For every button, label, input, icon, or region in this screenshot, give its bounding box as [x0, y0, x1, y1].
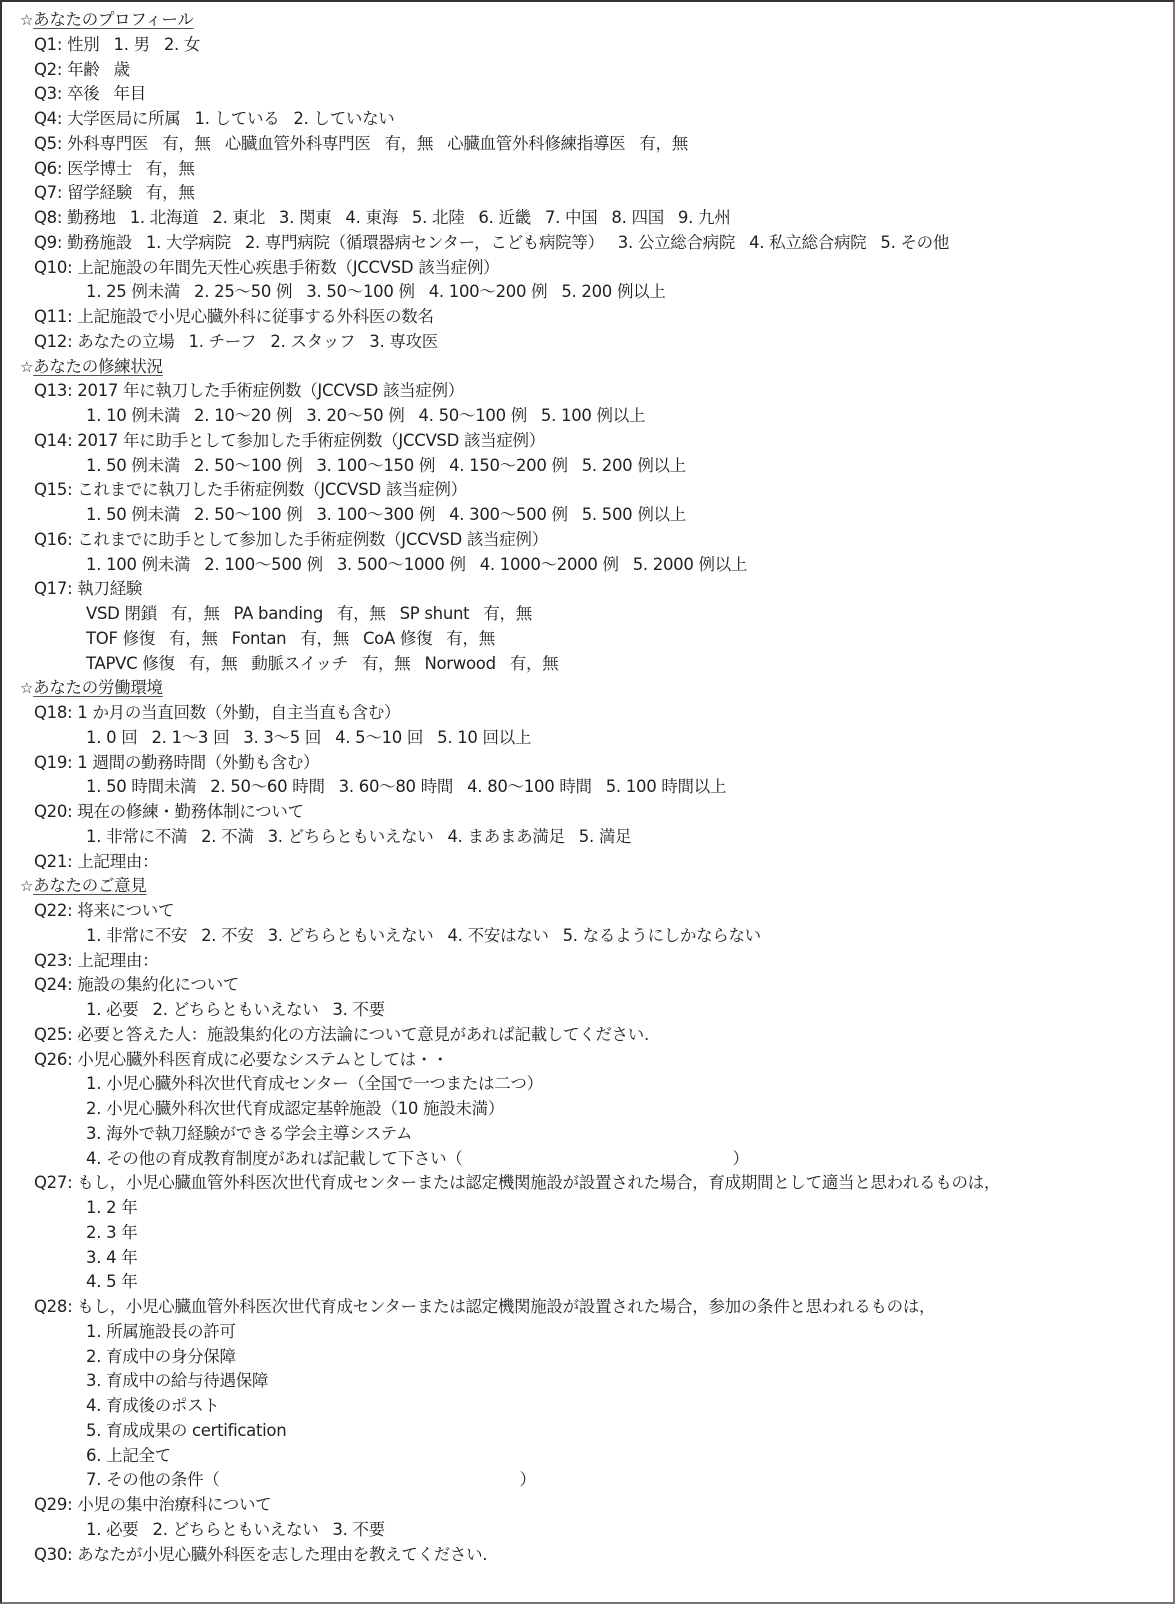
question-row: Q20: 現在の修練・勤務体制について	[20, 800, 1163, 825]
question-text: もし，小児心臓血管外科医次世代育成センターまたは認定機関施設が設置された場合，参…	[77, 1297, 935, 1316]
question-number: Q18:	[34, 703, 72, 722]
answer-choice[interactable]: 1. している	[195, 109, 280, 128]
answer-choice[interactable]: 有，無	[300, 629, 349, 648]
section-title: あなたの労働環境	[33, 678, 163, 697]
answer-choice[interactable]: 1. 所属施設長の許可	[86, 1322, 236, 1341]
section-heading: ☆あなたのご意見	[20, 874, 1163, 899]
answer-choice[interactable]: 1. 50 例未満	[86, 456, 180, 475]
answer-choice[interactable]: 3. 3〜5 回	[243, 728, 321, 747]
answer-choice[interactable]: 有，無	[510, 654, 559, 673]
question-text: 小児心臓外科医育成に必要なシステムとしては・・	[77, 1050, 448, 1069]
answer-choice[interactable]: 1. 10 例未満	[86, 406, 180, 425]
answer-choice[interactable]: 3. 不要	[332, 1520, 385, 1539]
answer-choice[interactable]: 3. 不要	[332, 1000, 385, 1019]
answer-choice[interactable]: 4. まあまあ満足	[447, 827, 564, 846]
question-number: Q19:	[34, 753, 72, 772]
question-row: Q28: もし，小児心臓血管外科医次世代育成センターまたは認定機関施設が設置され…	[20, 1295, 1163, 1320]
answer-choice[interactable]: 有，無	[362, 654, 411, 673]
star-icon: ☆	[20, 877, 33, 895]
answer-choice[interactable]: 3. 100〜300 例	[316, 505, 435, 524]
answer-choice[interactable]: 5. なるようにしかならない	[563, 926, 761, 945]
answer-choice[interactable]: 3. 育成中の給与待遇保障	[86, 1371, 268, 1390]
question-row: Q29: 小児の集中治療科について	[20, 1493, 1163, 1518]
question-number: Q8:	[34, 208, 62, 227]
answer-choice[interactable]: 2. 25〜50 例	[194, 282, 292, 301]
answer-choice[interactable]: 2. 専門病院（循環器病センター，こども病院等）	[245, 233, 604, 252]
question-number: Q20:	[34, 802, 72, 821]
answer-choice[interactable]: 歳	[114, 60, 130, 79]
answer-choice[interactable]: 4. 300〜500 例	[449, 505, 568, 524]
question-text: 勤務施設	[67, 233, 132, 252]
answer-choice[interactable]: 1. 2 年	[86, 1198, 137, 1217]
question-row: Q10: 上記施設の年間先天性心疾患手術数（JCCVSD 該当症例）	[20, 256, 1163, 281]
question-number: Q15:	[34, 480, 72, 499]
answer-choice[interactable]: 心臓血管外科専門医	[225, 134, 371, 153]
answer-choice[interactable]: 有，無	[483, 604, 532, 623]
answer-choice[interactable]: 2. していない	[293, 109, 394, 128]
answer-choice[interactable]: 4. 不安はない	[447, 926, 548, 945]
option-item: 2. 3 年	[20, 1221, 1163, 1246]
question-number: Q27:	[34, 1173, 72, 1192]
closing-paren: ）	[520, 1470, 536, 1489]
options-row: 1. 100 例未満2. 100〜500 例3. 500〜1000 例4. 10…	[20, 553, 1163, 578]
answer-choice[interactable]: 心臓血管外科修練指導医	[447, 134, 625, 153]
answer-choice[interactable]: 1. 必要	[86, 1520, 139, 1539]
answer-choice[interactable]: 2. 10〜20 例	[194, 406, 292, 425]
question-row: Q3: 卒後年目	[20, 82, 1163, 107]
answer-choice[interactable]: 1. チーフ	[189, 332, 257, 351]
question-number: Q9:	[34, 233, 62, 252]
option-item: 3. 4 年	[20, 1246, 1163, 1271]
question-text: 1 週間の勤務時間（外勤も含む）	[77, 753, 319, 772]
question-row: Q19: 1 週間の勤務時間（外勤も含む）	[20, 751, 1163, 776]
procedure-row: TOF 修復有，無Fontan有，無CoA 修復有，無	[20, 627, 1163, 652]
answer-choice[interactable]: 2. 50〜100 例	[194, 456, 302, 475]
answer-choice[interactable]: 3. どちらともいえない	[268, 926, 434, 945]
answer-choice[interactable]: 1. 50 例未満	[86, 505, 180, 524]
options-row: 1. 50 例未満2. 50〜100 例3. 100〜300 例4. 300〜5…	[20, 503, 1163, 528]
answer-choice[interactable]: 有，無	[385, 134, 434, 153]
options-row: 1. 50 例未満2. 50〜100 例3. 100〜150 例4. 150〜2…	[20, 454, 1163, 479]
answer-choice[interactable]: 4. 1000〜2000 例	[480, 555, 619, 574]
section-title: あなたのプロフィール	[33, 10, 193, 29]
answer-choice[interactable]: 年目	[114, 84, 146, 103]
option-item: 5. 育成成果の certification	[20, 1419, 1163, 1444]
question-text: もし，小児心臓血管外科医次世代育成センターまたは認定機関施設が設置された場合，育…	[77, 1173, 1000, 1192]
options-row: 1. 必要2. どちらともいえない3. 不要	[20, 1518, 1163, 1543]
question-row: Q18: 1 か月の当直回数（外勤，自主当直も含む）	[20, 701, 1163, 726]
answer-choice[interactable]: 2. 3 年	[86, 1223, 137, 1242]
section-heading: ☆あなたの修練状況	[20, 355, 1163, 380]
question-row: Q15: これまでに執刀した手術症例数（JCCVSD 該当症例）	[20, 478, 1163, 503]
option-item: 1. 小児心臓外科次世代育成センター（全国で一つまたは二つ）	[20, 1072, 1163, 1097]
answer-choice[interactable]: 4. 私立総合病院	[749, 233, 866, 252]
question-number: Q13:	[34, 381, 72, 400]
answer-choice[interactable]: 5. 500 例以上	[582, 505, 686, 524]
options-row: 1. 必要2. どちらともいえない3. 不要	[20, 998, 1163, 1023]
answer-choice[interactable]: 3. 100〜150 例	[316, 456, 435, 475]
question-text: これまでに執刀した手術症例数（JCCVSD 該当症例）	[77, 480, 467, 499]
section-heading: ☆あなたの労働環境	[20, 676, 1163, 701]
answer-choice[interactable]: 1. 0 回	[86, 728, 137, 747]
answer-choice[interactable]: 3. 専攻医	[369, 332, 438, 351]
question-row: Q7: 留学経験有，無	[20, 181, 1163, 206]
question-number: Q4:	[34, 109, 62, 128]
question-number: Q14:	[34, 431, 72, 450]
answer-choice[interactable]: 8. 四国	[611, 208, 664, 227]
answer-choice[interactable]: 1. 小児心臓外科次世代育成センター（全国で一つまたは二つ）	[86, 1074, 543, 1093]
option-item: 4. 5 年	[20, 1270, 1163, 1295]
answer-choice[interactable]: 5. 200 例以上	[582, 456, 686, 475]
procedure-label: PA banding	[234, 604, 323, 623]
question-number: Q10:	[34, 258, 72, 277]
question-row: Q9: 勤務施設1. 大学病院2. 専門病院（循環器病センター，こども病院等）3…	[20, 231, 1163, 256]
option-item: 4. 育成後のポスト	[20, 1394, 1163, 1419]
question-row: Q27: もし，小児心臓血管外科医次世代育成センターまたは認定機関施設が設置され…	[20, 1171, 1163, 1196]
answer-choice[interactable]: 1. 50 時間未満	[86, 777, 196, 796]
question-number: Q25:	[34, 1025, 72, 1044]
answer-choice[interactable]: 3. 20〜50 例	[306, 406, 404, 425]
question-number: Q3:	[34, 84, 62, 103]
answer-choice[interactable]: 2. 1〜3 回	[151, 728, 229, 747]
question-text: これまでに助手として参加した手術症例数（JCCVSD 該当症例）	[77, 530, 548, 549]
answer-choice[interactable]: 2. 不安	[201, 926, 254, 945]
question-text: あなたが小児心臓外科医を志した理由を教えてください.	[77, 1545, 487, 1564]
answer-choice[interactable]: 2. 東北	[212, 208, 265, 227]
question-row: Q12: あなたの立場1. チーフ2. スタッフ3. 専攻医	[20, 330, 1163, 355]
section-title: あなたの修練状況	[33, 357, 163, 376]
question-number: Q7:	[34, 183, 62, 202]
answer-choice[interactable]: 2. 50〜60 時間	[210, 777, 324, 796]
option-item: 1. 2 年	[20, 1196, 1163, 1221]
question-text: 上記理由：	[77, 852, 158, 871]
option-item: 1. 所属施設長の許可	[20, 1320, 1163, 1345]
answer-choice[interactable]: 5. その他	[880, 233, 949, 252]
question-row: Q4: 大学医局に所属1. している2. していない	[20, 107, 1163, 132]
question-row: Q23: 上記理由：	[20, 949, 1163, 974]
question-text: 執刀経験	[77, 579, 142, 598]
answer-choice[interactable]: 3. 4 年	[86, 1248, 137, 1267]
answer-choice[interactable]: 1. 100 例未満	[86, 555, 190, 574]
answer-choice[interactable]: 5. 満足	[579, 827, 632, 846]
answer-choice[interactable]: 5. 2000 例以上	[633, 555, 747, 574]
answer-choice[interactable]: 4. 東海	[345, 208, 398, 227]
option-item: 3. 育成中の給与待遇保障	[20, 1369, 1163, 1394]
star-icon: ☆	[20, 358, 33, 376]
answer-choice[interactable]: 1. 非常に不満	[86, 827, 187, 846]
option-item: 6. 上記全て	[20, 1444, 1163, 1469]
star-icon: ☆	[20, 11, 33, 29]
answer-choice[interactable]: 5. 200 例以上	[561, 282, 665, 301]
option-item: 7. その他の条件（）	[20, 1468, 1163, 1493]
question-row: Q6: 医学博士有，無	[20, 157, 1163, 182]
question-row: Q8: 勤務地1. 北海道2. 東北3. 関東4. 東海5. 北陸6. 近畿7.…	[20, 206, 1163, 231]
answer-choice[interactable]: 有，無	[169, 629, 218, 648]
procedure-row: VSD 閉鎖有，無PA banding有，無SP shunt有，無	[20, 602, 1163, 627]
answer-choice[interactable]: 5. 100 時間以上	[606, 777, 726, 796]
options-row: 1. 25 例未満2. 25〜50 例3. 50〜100 例4. 100〜200…	[20, 280, 1163, 305]
answer-choice[interactable]: 有，無	[639, 134, 688, 153]
question-text: 必要と答えた人：施設集約化の方法論について意見があれば記載してください.	[77, 1025, 649, 1044]
answer-choice[interactable]: 6. 近畿	[478, 208, 531, 227]
question-text: 卒後	[67, 84, 99, 103]
question-row: Q24: 施設の集約化について	[20, 973, 1163, 998]
question-number: Q1:	[34, 35, 62, 54]
answer-choice[interactable]: 有，無	[146, 159, 195, 178]
answer-choice[interactable]: 有，無	[189, 654, 238, 673]
question-row: Q2: 年齢歳	[20, 58, 1163, 83]
question-text: あなたの立場	[77, 332, 174, 351]
question-text: 現在の修練・勤務体制について	[77, 802, 303, 821]
answer-choice[interactable]: 4. 150〜200 例	[449, 456, 568, 475]
answer-choice[interactable]: 3. 50〜100 例	[306, 282, 414, 301]
answer-choice[interactable]: 2. 100〜500 例	[204, 555, 323, 574]
question-row: Q17: 執刀経験	[20, 577, 1163, 602]
answer-choice[interactable]: 有，無	[162, 134, 211, 153]
answer-choice[interactable]: 4. 100〜200 例	[429, 282, 548, 301]
question-number: Q6:	[34, 159, 62, 178]
procedure-label: VSD 閉鎖	[86, 604, 157, 623]
question-number: Q21:	[34, 852, 72, 871]
procedure-label: SP shunt	[400, 604, 470, 623]
answer-choice[interactable]: 有，無	[146, 183, 195, 202]
answer-choice[interactable]: 有，無	[446, 629, 495, 648]
answer-choice[interactable]: 有，無	[171, 604, 220, 623]
options-row: 1. 非常に不安2. 不安3. どちらともいえない4. 不安はない5. なるよう…	[20, 924, 1163, 949]
answer-choice[interactable]: 4. 5 年	[86, 1272, 137, 1291]
answer-choice[interactable]: 4. 5〜10 回	[335, 728, 423, 747]
option-item: 2. 小児心臓外科次世代育成認定基幹施設（10 施設未満）	[20, 1097, 1163, 1122]
answer-choice[interactable]: 5. 100 例以上	[541, 406, 645, 425]
answer-choice[interactable]: 有，無	[337, 604, 386, 623]
question-row: Q26: 小児心臓外科医育成に必要なシステムとしては・・	[20, 1048, 1163, 1073]
question-text: 上記施設の年間先天性心疾患手術数（JCCVSD 該当症例）	[77, 258, 499, 277]
question-row: Q22: 将来について	[20, 899, 1163, 924]
answer-choice[interactable]: 2. 育成中の身分保障	[86, 1347, 236, 1366]
question-text: 上記施設で小児心臓外科に従事する外科医の数名	[77, 307, 433, 326]
answer-choice[interactable]: 3. 60〜80 時間	[339, 777, 453, 796]
answer-choice[interactable]: 6. 上記全て	[86, 1446, 171, 1465]
question-number: Q5:	[34, 134, 62, 153]
question-text: 留学経験	[67, 183, 132, 202]
question-number: Q26:	[34, 1050, 72, 1069]
question-number: Q29:	[34, 1495, 72, 1514]
question-number: Q24:	[34, 975, 72, 994]
question-number: Q16:	[34, 530, 72, 549]
section-heading: ☆あなたのプロフィール	[20, 8, 1163, 33]
question-text: 医学博士	[67, 159, 132, 178]
question-row: Q21: 上記理由：	[20, 850, 1163, 875]
procedure-label: Fontan	[232, 629, 287, 648]
question-number: Q22:	[34, 901, 72, 920]
option-item: 2. 育成中の身分保障	[20, 1345, 1163, 1370]
option-item: 3. 海外で執刀経験ができる学会主導システム	[20, 1122, 1163, 1147]
question-text: 年齢	[67, 60, 99, 79]
answer-choice[interactable]: 4. 育成後のポスト	[86, 1396, 220, 1415]
question-number: Q11:	[34, 307, 72, 326]
answer-choice[interactable]: 2. 不満	[201, 827, 254, 846]
question-text: 勤務地	[67, 208, 116, 227]
question-text: 将来について	[77, 901, 174, 920]
answer-choice[interactable]: 1. 北海道	[130, 208, 199, 227]
question-number: Q17:	[34, 579, 72, 598]
procedure-label: TOF 修復	[86, 629, 155, 648]
procedure-label: CoA 修復	[363, 629, 432, 648]
options-row: 1. 10 例未満2. 10〜20 例3. 20〜50 例4. 50〜100 例…	[20, 404, 1163, 429]
question-text: 2017 年に執刀した手術症例数（JCCVSD 該当症例）	[77, 381, 464, 400]
answer-choice[interactable]: 4. その他の育成教育制度があれば記載して下さい（	[86, 1149, 463, 1168]
answer-choice[interactable]: 4. 50〜100 例	[419, 406, 527, 425]
procedure-row: TAPVC 修復有，無動脈スイッチ有，無Norwood有，無	[20, 652, 1163, 677]
question-text: 小児の集中治療科について	[77, 1495, 271, 1514]
question-text: 施設の集約化について	[77, 975, 239, 994]
question-row: Q30: あなたが小児心臓外科医を志した理由を教えてください.	[20, 1543, 1163, 1568]
question-text: 大学医局に所属	[67, 109, 180, 128]
question-row: Q1: 性別1. 男2. 女	[20, 33, 1163, 58]
answer-choice[interactable]: 1. 必要	[86, 1000, 139, 1019]
answer-choice[interactable]: 9. 九州	[678, 208, 731, 227]
answer-choice[interactable]: 3. 500〜1000 例	[337, 555, 466, 574]
questionnaire-frame: ☆あなたのプロフィールQ1: 性別1. 男2. 女Q2: 年齢歳Q3: 卒後年目…	[0, 0, 1175, 1604]
question-row: Q16: これまでに助手として参加した手術症例数（JCCVSD 該当症例）	[20, 528, 1163, 553]
question-row: Q13: 2017 年に執刀した手術症例数（JCCVSD 該当症例）	[20, 379, 1163, 404]
answer-choice[interactable]: 2. 女	[164, 35, 200, 54]
question-number: Q2:	[34, 60, 62, 79]
procedure-label: Norwood	[424, 654, 495, 673]
question-text: 2017 年に助手として参加した手術症例数（JCCVSD 該当症例）	[77, 431, 545, 450]
answer-choice[interactable]: 2. 小児心臓外科次世代育成認定基幹施設（10 施設未満）	[86, 1099, 504, 1118]
answer-choice[interactable]: 1. 25 例未満	[86, 282, 180, 301]
answer-choice[interactable]: 5. 育成成果の certification	[86, 1421, 286, 1440]
question-row: Q5: 外科専門医有，無心臓血管外科専門医有，無心臓血管外科修練指導医有，無	[20, 132, 1163, 157]
question-text: 外科専門医	[67, 134, 148, 153]
question-number: Q12:	[34, 332, 72, 351]
procedure-label: 動脈スイッチ	[251, 654, 348, 673]
question-row: Q14: 2017 年に助手として参加した手術症例数（JCCVSD 該当症例）	[20, 429, 1163, 454]
question-number: Q28:	[34, 1297, 72, 1316]
answer-choice[interactable]: 3. 関東	[279, 208, 332, 227]
question-number: Q23:	[34, 951, 72, 970]
section-title: あなたのご意見	[33, 876, 146, 895]
question-number: Q30:	[34, 1545, 72, 1564]
question-row: Q11: 上記施設で小児心臓外科に従事する外科医の数名	[20, 305, 1163, 330]
options-row: 1. 0 回2. 1〜3 回3. 3〜5 回4. 5〜10 回5. 10 回以上	[20, 726, 1163, 751]
star-icon: ☆	[20, 679, 33, 697]
option-item: 4. その他の育成教育制度があれば記載して下さい（）	[20, 1147, 1163, 1172]
answer-choice[interactable]: 5. 北陸	[412, 208, 465, 227]
answer-choice[interactable]: 4. 80〜100 時間	[467, 777, 592, 796]
answer-choice[interactable]: 7. 中国	[545, 208, 598, 227]
answer-choice[interactable]: 2. どちらともいえない	[153, 1000, 319, 1019]
question-text: 上記理由：	[77, 951, 158, 970]
answer-choice[interactable]: 2. 50〜100 例	[194, 505, 302, 524]
question-text: 1 か月の当直回数（外勤，自主当直も含む）	[77, 703, 400, 722]
answer-choice[interactable]: 3. 公立総合病院	[618, 233, 735, 252]
options-row: 1. 50 時間未満2. 50〜60 時間3. 60〜80 時間4. 80〜10…	[20, 775, 1163, 800]
answer-choice[interactable]: 1. 非常に不安	[86, 926, 187, 945]
answer-choice[interactable]: 2. スタッフ	[270, 332, 355, 351]
answer-choice[interactable]: 1. 大学病院	[146, 233, 231, 252]
answer-choice[interactable]: 1. 男	[114, 35, 150, 54]
questionnaire-document: ☆あなたのプロフィールQ1: 性別1. 男2. 女Q2: 年齢歳Q3: 卒後年目…	[20, 8, 1163, 1567]
question-text: 性別	[67, 35, 99, 54]
closing-paren: ）	[733, 1149, 749, 1168]
question-row: Q25: 必要と答えた人：施設集約化の方法論について意見があれば記載してください…	[20, 1023, 1163, 1048]
answer-choice[interactable]: 7. その他の条件（	[86, 1470, 220, 1489]
procedure-label: TAPVC 修復	[86, 654, 175, 673]
answer-choice[interactable]: 5. 10 回以上	[437, 728, 531, 747]
answer-choice[interactable]: 2. どちらともいえない	[153, 1520, 319, 1539]
options-row: 1. 非常に不満2. 不満3. どちらともいえない4. まあまあ満足5. 満足	[20, 825, 1163, 850]
answer-choice[interactable]: 3. 海外で執刀経験ができる学会主導システム	[86, 1124, 412, 1143]
answer-choice[interactable]: 3. どちらともいえない	[268, 827, 434, 846]
